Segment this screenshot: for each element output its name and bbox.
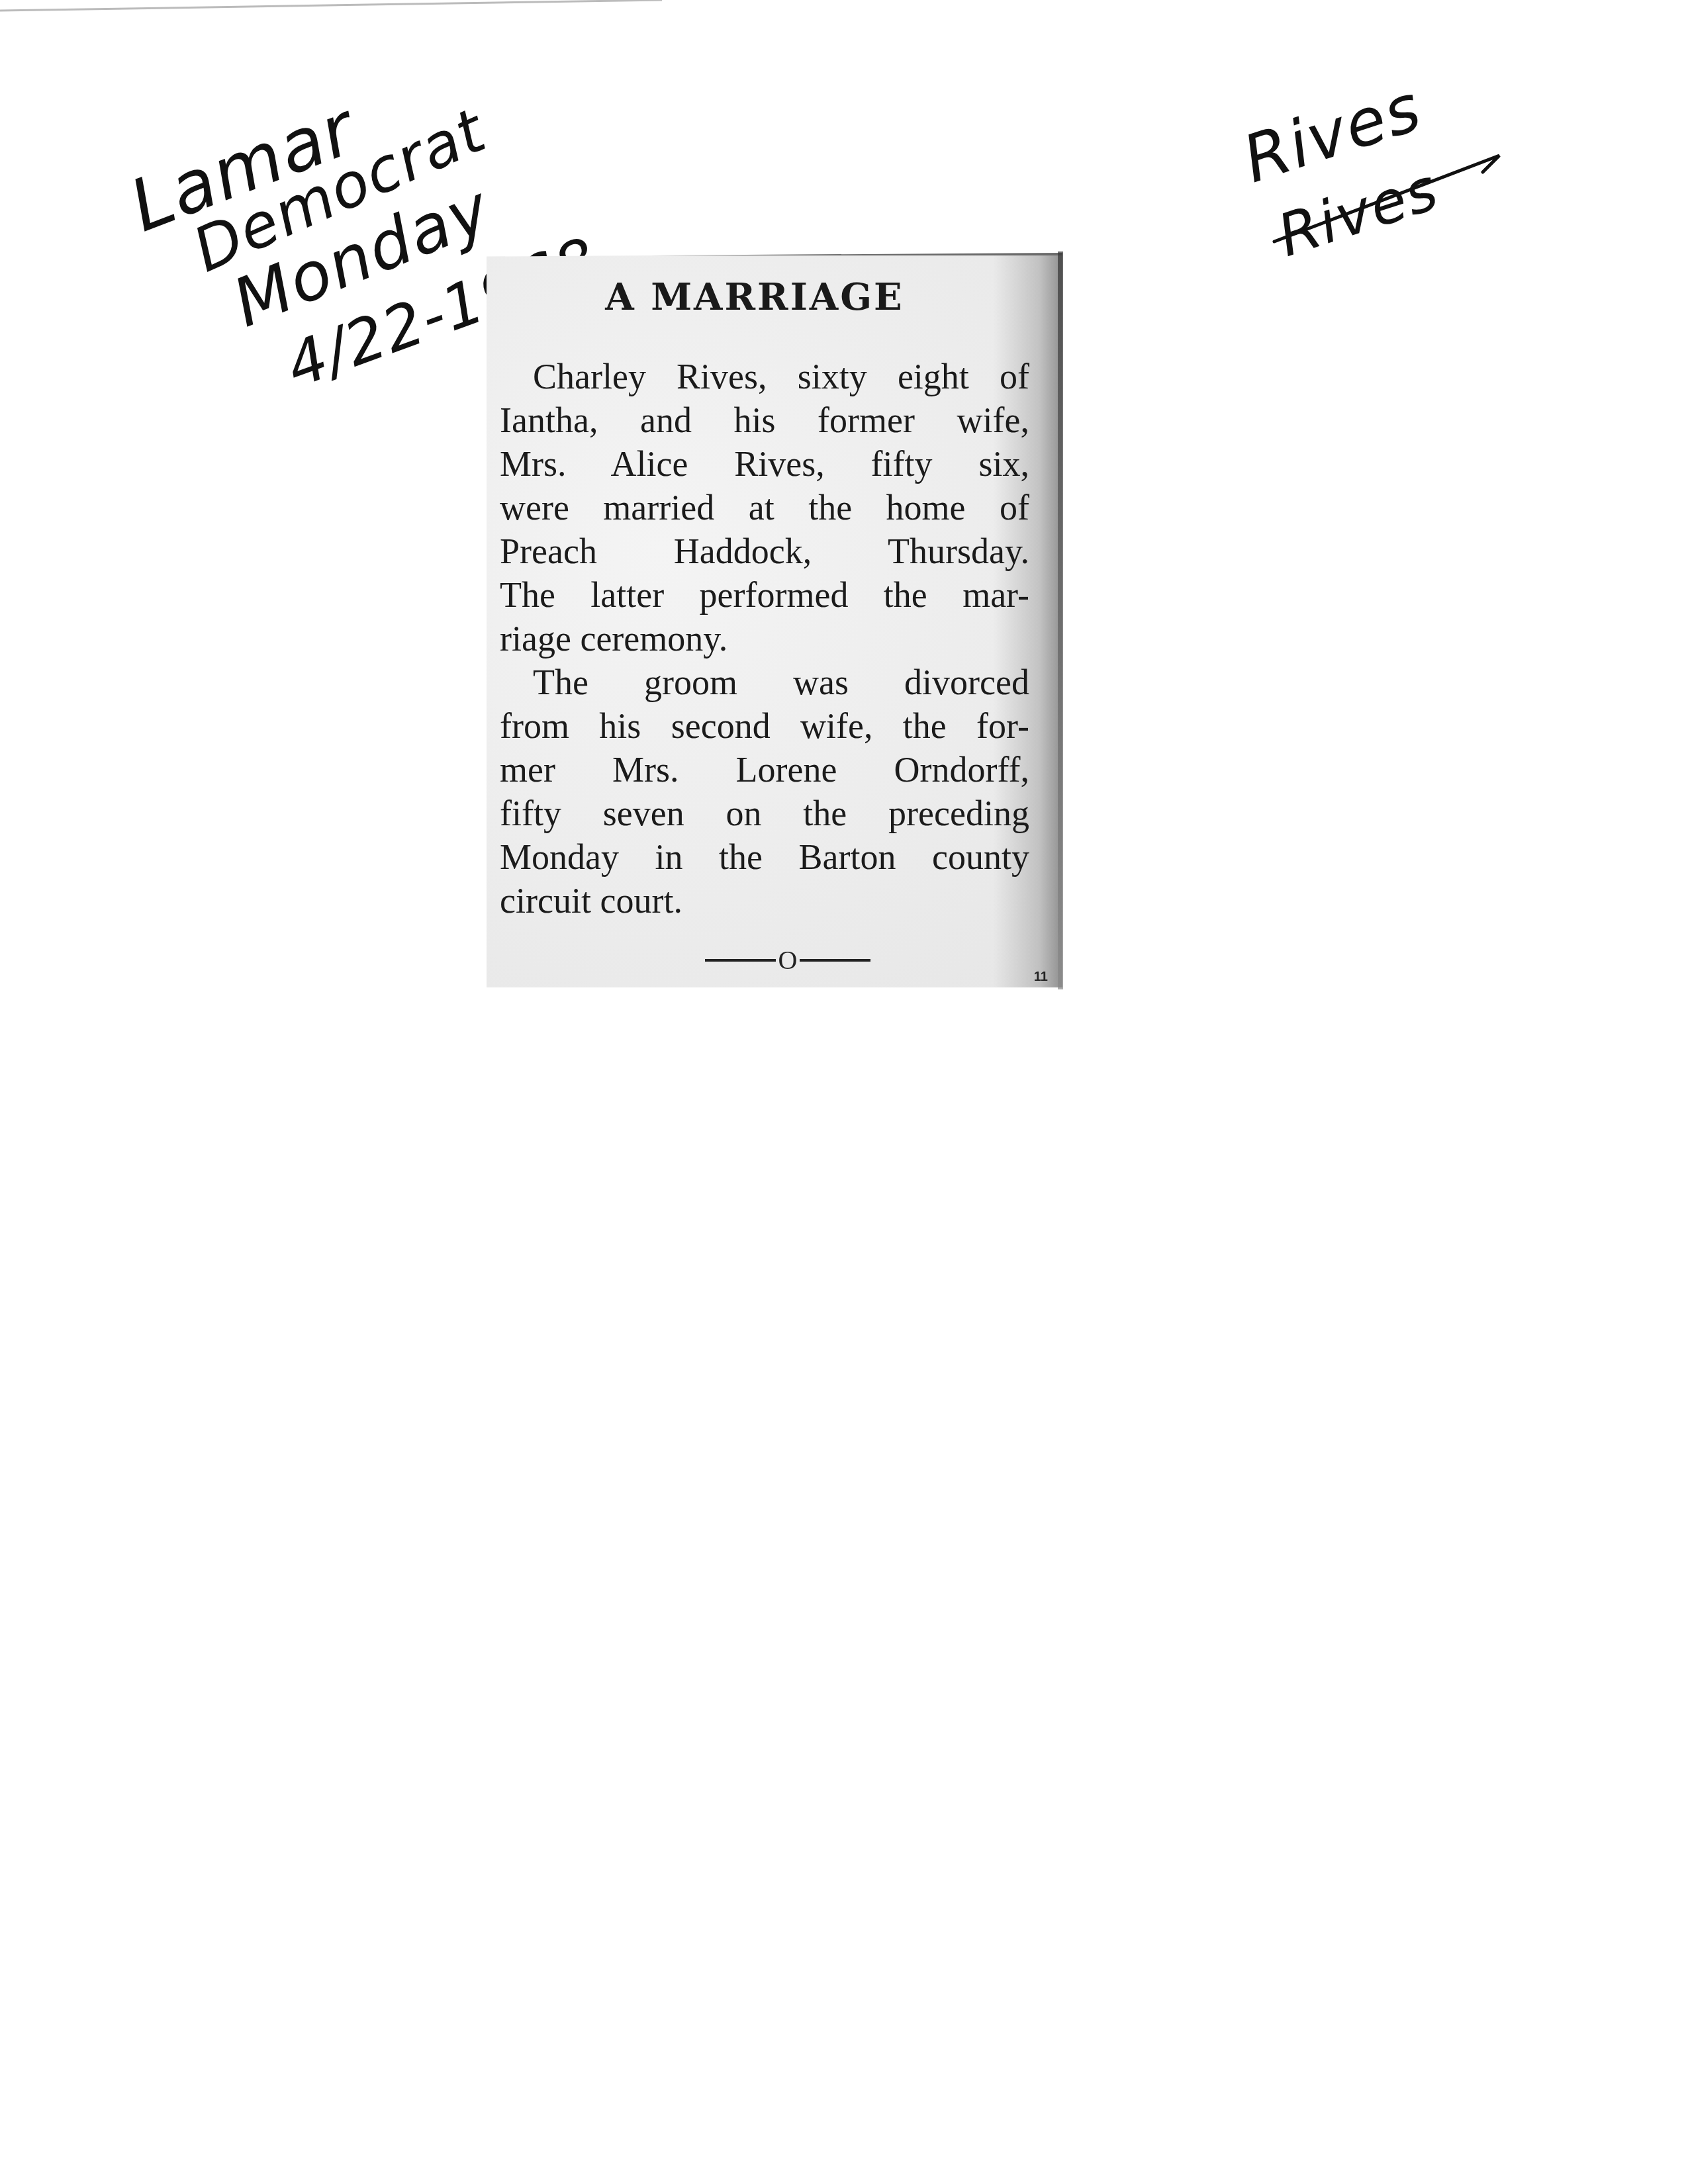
clipping-line: Iantha, and his former wife, bbox=[500, 398, 1029, 442]
clipping-line: mer Mrs. Lorene Orndorff, bbox=[500, 748, 1029, 792]
separator-rule-right bbox=[800, 959, 870, 962]
clipping-line: riage ceremony. bbox=[500, 617, 1029, 660]
clipping-headline: A MARRIAGE bbox=[487, 275, 1023, 319]
scanned-page: Lamar Democrat Monday 4/22-1968 Rives Ri… bbox=[0, 0, 1688, 2184]
clipping-body: Charley Rives, sixty eight of Iantha, an… bbox=[500, 355, 1029, 923]
clipping-line: were married at the home of bbox=[500, 486, 1029, 529]
separator-glyph: O bbox=[776, 950, 800, 970]
clipping-shadow-edge bbox=[1058, 251, 1063, 989]
clipping-line: The groom was divorced bbox=[500, 660, 1029, 704]
newspaper-clipping: A MARRIAGE Charley Rives, sixty eight of… bbox=[487, 253, 1062, 987]
clipping-line: Charley Rives, sixty eight of bbox=[500, 355, 1029, 398]
scan-edge-line bbox=[0, 0, 662, 20]
clipping-line: Mrs. Alice Rives, fifty six, bbox=[500, 442, 1029, 486]
separator-rule-left bbox=[705, 959, 776, 962]
clipping-line: fifty seven on the preceding bbox=[500, 792, 1029, 835]
clipping-line: Monday in the Barton county bbox=[500, 835, 1029, 879]
clipping-line: circuit court. bbox=[500, 879, 1029, 923]
clipping-line: The latter performed the mar- bbox=[500, 573, 1029, 617]
clipping-separator: O bbox=[705, 950, 870, 970]
clipping-line: from his second wife, the for- bbox=[500, 704, 1029, 748]
clipping-page-mark: 11 bbox=[1034, 970, 1048, 985]
clipping-line: Preach Haddock, Thursday. bbox=[500, 529, 1029, 573]
